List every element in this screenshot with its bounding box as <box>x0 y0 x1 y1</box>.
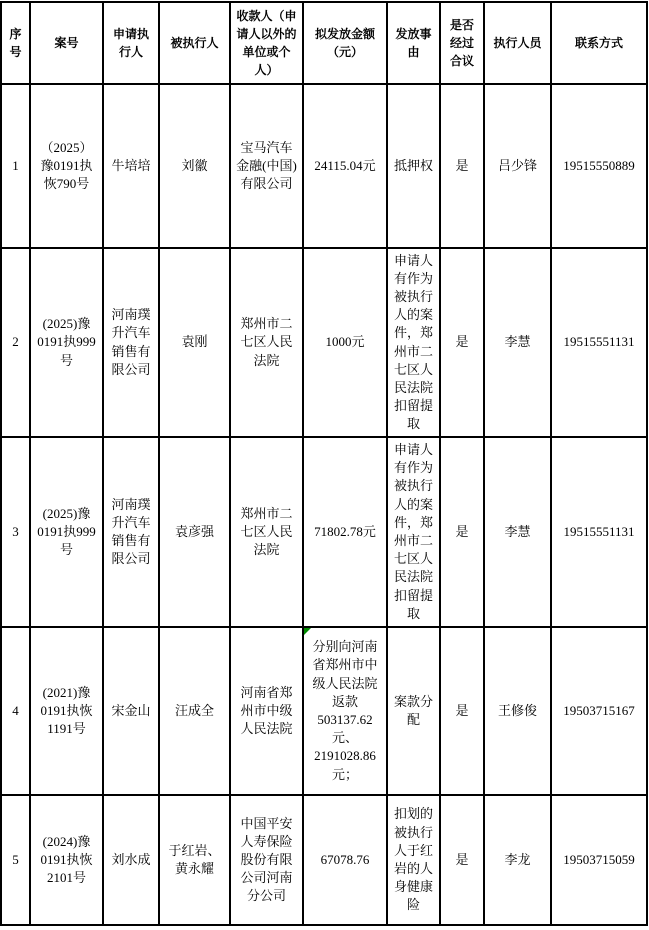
cell-executor: 李龙 <box>484 795 551 925</box>
cell-respondent: 袁彦强 <box>159 437 230 627</box>
cell-amount-text: 分别向河南省郑州市中级人民法院返款503137.62元、2191028.86元； <box>312 639 377 781</box>
cell-reason: 扣划的被执行人于红岩的人身健康险 <box>387 795 440 925</box>
cell-executor: 李慧 <box>484 248 551 437</box>
cell-case-number: (2021)豫0191执恢1191号 <box>30 627 103 795</box>
cell-respondent: 刘徽 <box>159 84 230 248</box>
cell-deliberation: 是 <box>440 248 484 437</box>
cell-applicant: 河南璞升汽车销售有限公司 <box>103 437 159 627</box>
cell-amount: 1000元 <box>303 248 387 437</box>
cell-amount: 67078.76 <box>303 795 387 925</box>
fund-distribution-table: 序号 案号 申请执行人 被执行人 收款人（申请人以外的单位或个人） 拟发放金额（… <box>0 1 648 926</box>
header-seq: 序号 <box>1 2 30 84</box>
cell-contact: 19503715059 <box>551 795 647 925</box>
cell-seq: 5 <box>1 795 30 925</box>
cell-amount: 24115.04元 <box>303 84 387 248</box>
table-row: 5 (2024)豫0191执恢2101号 刘水成 于红岩、黄永耀 中国平安人寿保… <box>1 795 647 925</box>
header-amount: 拟发放金额（元） <box>303 2 387 84</box>
header-reason: 发放事由 <box>387 2 440 84</box>
cell-reason: 申请人有作为被执行人的案件，郑州市二七区人民法院扣留提取 <box>387 437 440 627</box>
cell-case-number: (2024)豫0191执恢2101号 <box>30 795 103 925</box>
cell-applicant: 河南璞升汽车销售有限公司 <box>103 248 159 437</box>
header-executor: 执行人员 <box>484 2 551 84</box>
cell-payee: 中国平安人寿保险股份有限公司河南分公司 <box>230 795 303 925</box>
table-row: 2 (2025)豫0191执999号 河南璞升汽车销售有限公司 袁刚 郑州市二七… <box>1 248 647 437</box>
cell-seq: 2 <box>1 248 30 437</box>
cell-reason: 申请人有作为被执行人的案件，郑州市二七区人民法院扣留提取 <box>387 248 440 437</box>
fund-distribution-sheet: 序号 案号 申请执行人 被执行人 收款人（申请人以外的单位或个人） 拟发放金额（… <box>0 0 649 930</box>
table-row: 1 （2025）豫0191执恢790号 牛培培 刘徽 宝马汽车金融(中国)有限公… <box>1 84 647 248</box>
cell-respondent: 于红岩、黄永耀 <box>159 795 230 925</box>
cell-case-number: （2025）豫0191执恢790号 <box>30 84 103 248</box>
table-header-row: 序号 案号 申请执行人 被执行人 收款人（申请人以外的单位或个人） 拟发放金额（… <box>1 2 647 84</box>
cell-applicant: 刘水成 <box>103 795 159 925</box>
cell-executor: 王修俊 <box>484 627 551 795</box>
header-applicant: 申请执行人 <box>103 2 159 84</box>
table-row: 4 (2021)豫0191执恢1191号 宋金山 汪成全 河南省郑州市中级人民法… <box>1 627 647 795</box>
cell-reason: 案款分配 <box>387 627 440 795</box>
excel-text-flag-icon <box>304 628 311 635</box>
cell-payee: 宝马汽车金融(中国)有限公司 <box>230 84 303 248</box>
cell-deliberation: 是 <box>440 84 484 248</box>
header-payee: 收款人（申请人以外的单位或个人） <box>230 2 303 84</box>
cell-respondent: 袁刚 <box>159 248 230 437</box>
cell-amount: 分别向河南省郑州市中级人民法院返款503137.62元、2191028.86元； <box>303 627 387 795</box>
cell-amount: 71802.78元 <box>303 437 387 627</box>
header-case-number: 案号 <box>30 2 103 84</box>
cell-case-number: (2025)豫0191执999号 <box>30 437 103 627</box>
cell-applicant: 牛培培 <box>103 84 159 248</box>
header-respondent: 被执行人 <box>159 2 230 84</box>
cell-contact: 19515550889 <box>551 84 647 248</box>
cell-seq: 1 <box>1 84 30 248</box>
cell-contact: 19503715167 <box>551 627 647 795</box>
cell-seq: 4 <box>1 627 30 795</box>
header-contact: 联系方式 <box>551 2 647 84</box>
cell-executor: 李慧 <box>484 437 551 627</box>
cell-deliberation: 是 <box>440 437 484 627</box>
cell-payee: 郑州市二七区人民法院 <box>230 248 303 437</box>
cell-applicant: 宋金山 <box>103 627 159 795</box>
cell-contact: 19515551131 <box>551 248 647 437</box>
cell-deliberation: 是 <box>440 795 484 925</box>
cell-payee: 河南省郑州市中级人民法院 <box>230 627 303 795</box>
table-row: 3 (2025)豫0191执999号 河南璞升汽车销售有限公司 袁彦强 郑州市二… <box>1 437 647 627</box>
cell-respondent: 汪成全 <box>159 627 230 795</box>
cell-executor: 吕少锋 <box>484 84 551 248</box>
cell-deliberation: 是 <box>440 627 484 795</box>
cell-case-number: (2025)豫0191执999号 <box>30 248 103 437</box>
cell-reason: 抵押权 <box>387 84 440 248</box>
cell-seq: 3 <box>1 437 30 627</box>
header-deliberation: 是否经过合议 <box>440 2 484 84</box>
cell-payee: 郑州市二七区人民法院 <box>230 437 303 627</box>
cell-contact: 19515551131 <box>551 437 647 627</box>
